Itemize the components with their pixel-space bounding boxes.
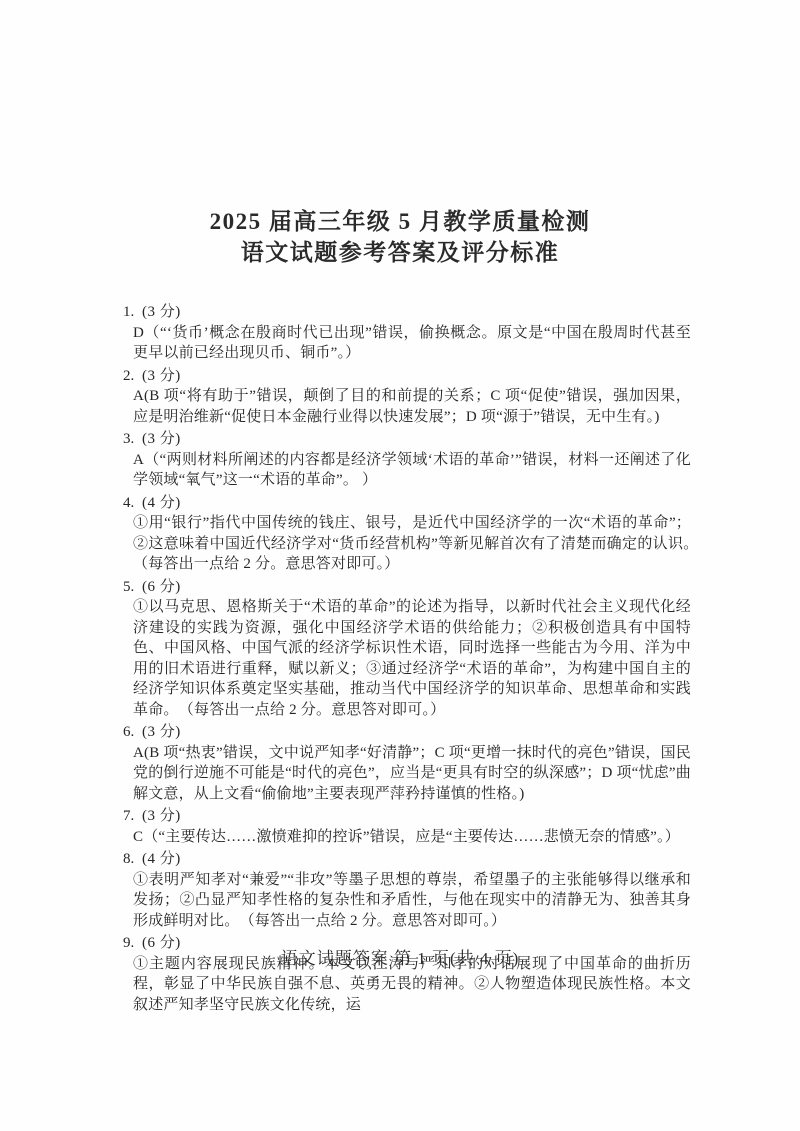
item-answer-text: ①表明严知孝对“兼爱”“非攻”等墨子思想的尊崇，希望墨子的主张能够得以继承和发扬… — [133, 870, 691, 932]
item-number: 5. — [123, 577, 142, 598]
answer-item-5: 5. (6 分) ①以马克思、恩格斯关于“术语的革命”的论述为指导，以新时代社会… — [123, 577, 691, 721]
item-score: (3 分) — [142, 366, 181, 387]
document-title-block: 2025 届高三年级 5 月教学质量检测 语文试题参考答案及评分标准 — [0, 0, 800, 268]
item-score: (3 分) — [142, 806, 181, 827]
item-score: (4 分) — [142, 849, 181, 870]
item-number: 2. — [123, 366, 142, 387]
document-title-line2: 语文试题参考答案及评分标准 — [0, 237, 800, 268]
item-number: 7. — [123, 806, 142, 827]
item-answer-text: ①用“银行”指代中国传统的钱庄、银号，是近代中国经济学的一次“术语的革命”；②这… — [133, 513, 691, 575]
document-title-line1: 2025 届高三年级 5 月教学质量检测 — [0, 206, 800, 237]
answer-item-8: 8. (4 分) ①表明严知孝对“兼爱”“非攻”等墨子思想的尊崇，希望墨子的主张… — [123, 849, 691, 931]
item-answer-text: A(B 项“热衷”错误，文中说严知孝“好清静”；C 项“更增一抹时代的亮色”错误… — [133, 743, 691, 805]
answer-item-4: 4. (4 分) ①用“银行”指代中国传统的钱庄、银号，是近代中国经济学的一次“… — [123, 493, 691, 575]
item-answer-text: C（“主要传达……激愤难抑的控诉”错误，应是“主要传达……悲愤无奈的情感”。） — [133, 827, 691, 848]
answer-item-7: 7. (3 分) C（“主要传达……激愤难抑的控诉”错误，应是“主要传达……悲愤… — [123, 806, 691, 847]
answer-item-3: 3. (3 分) A（“两则材料所阐述的内容都是经济学领域‘术语的革命’”错误，… — [123, 429, 691, 491]
item-number: 1. — [123, 302, 142, 323]
item-score: (4 分) — [142, 493, 181, 514]
item-number: 6. — [123, 722, 142, 743]
item-score: (3 分) — [142, 302, 181, 323]
item-answer-text: ①以马克思、恩格斯关于“术语的革命”的论述为指导，以新时代社会主义现代化经济建设… — [133, 597, 691, 720]
answer-list: 1. (3 分) D（“‘货币’概念在殷商时代已出现”错误，偷换概念。原文是“中… — [123, 302, 691, 1015]
item-score: (3 分) — [142, 429, 181, 450]
answer-item-2: 2. (3 分) A(B 项“将有助于”错误，颠倒了目的和前提的关系；C 项“促… — [123, 366, 691, 428]
item-answer-text: A(B 项“将有助于”错误，颠倒了目的和前提的关系；C 项“促使”错误，强加因果… — [133, 386, 691, 427]
answer-item-6: 6. (3 分) A(B 项“热衷”错误，文中说严知孝“好清静”；C 项“更增一… — [123, 722, 691, 804]
page-footer: 语文试题答案 第 1 页(共 4 页) — [0, 944, 800, 969]
item-number: 3. — [123, 429, 142, 450]
item-number: 8. — [123, 849, 142, 870]
item-score: (6 分) — [142, 577, 181, 598]
answer-item-1: 1. (3 分) D（“‘货币’概念在殷商时代已出现”错误，偷换概念。原文是“中… — [123, 302, 691, 364]
item-answer-text: A（“两则材料所阐述的内容都是经济学领域‘术语的革命’”错误，材料一还阐述了化学… — [133, 450, 691, 491]
item-answer-text: D（“‘货币’概念在殷商时代已出现”错误，偷换概念。原文是“中国在殷周时代甚至更… — [133, 323, 691, 364]
item-number: 4. — [123, 493, 142, 514]
scanned-answer-sheet-page: 2025 届高三年级 5 月教学质量检测 语文试题参考答案及评分标准 1. (3… — [0, 0, 800, 1131]
item-score: (3 分) — [142, 722, 181, 743]
